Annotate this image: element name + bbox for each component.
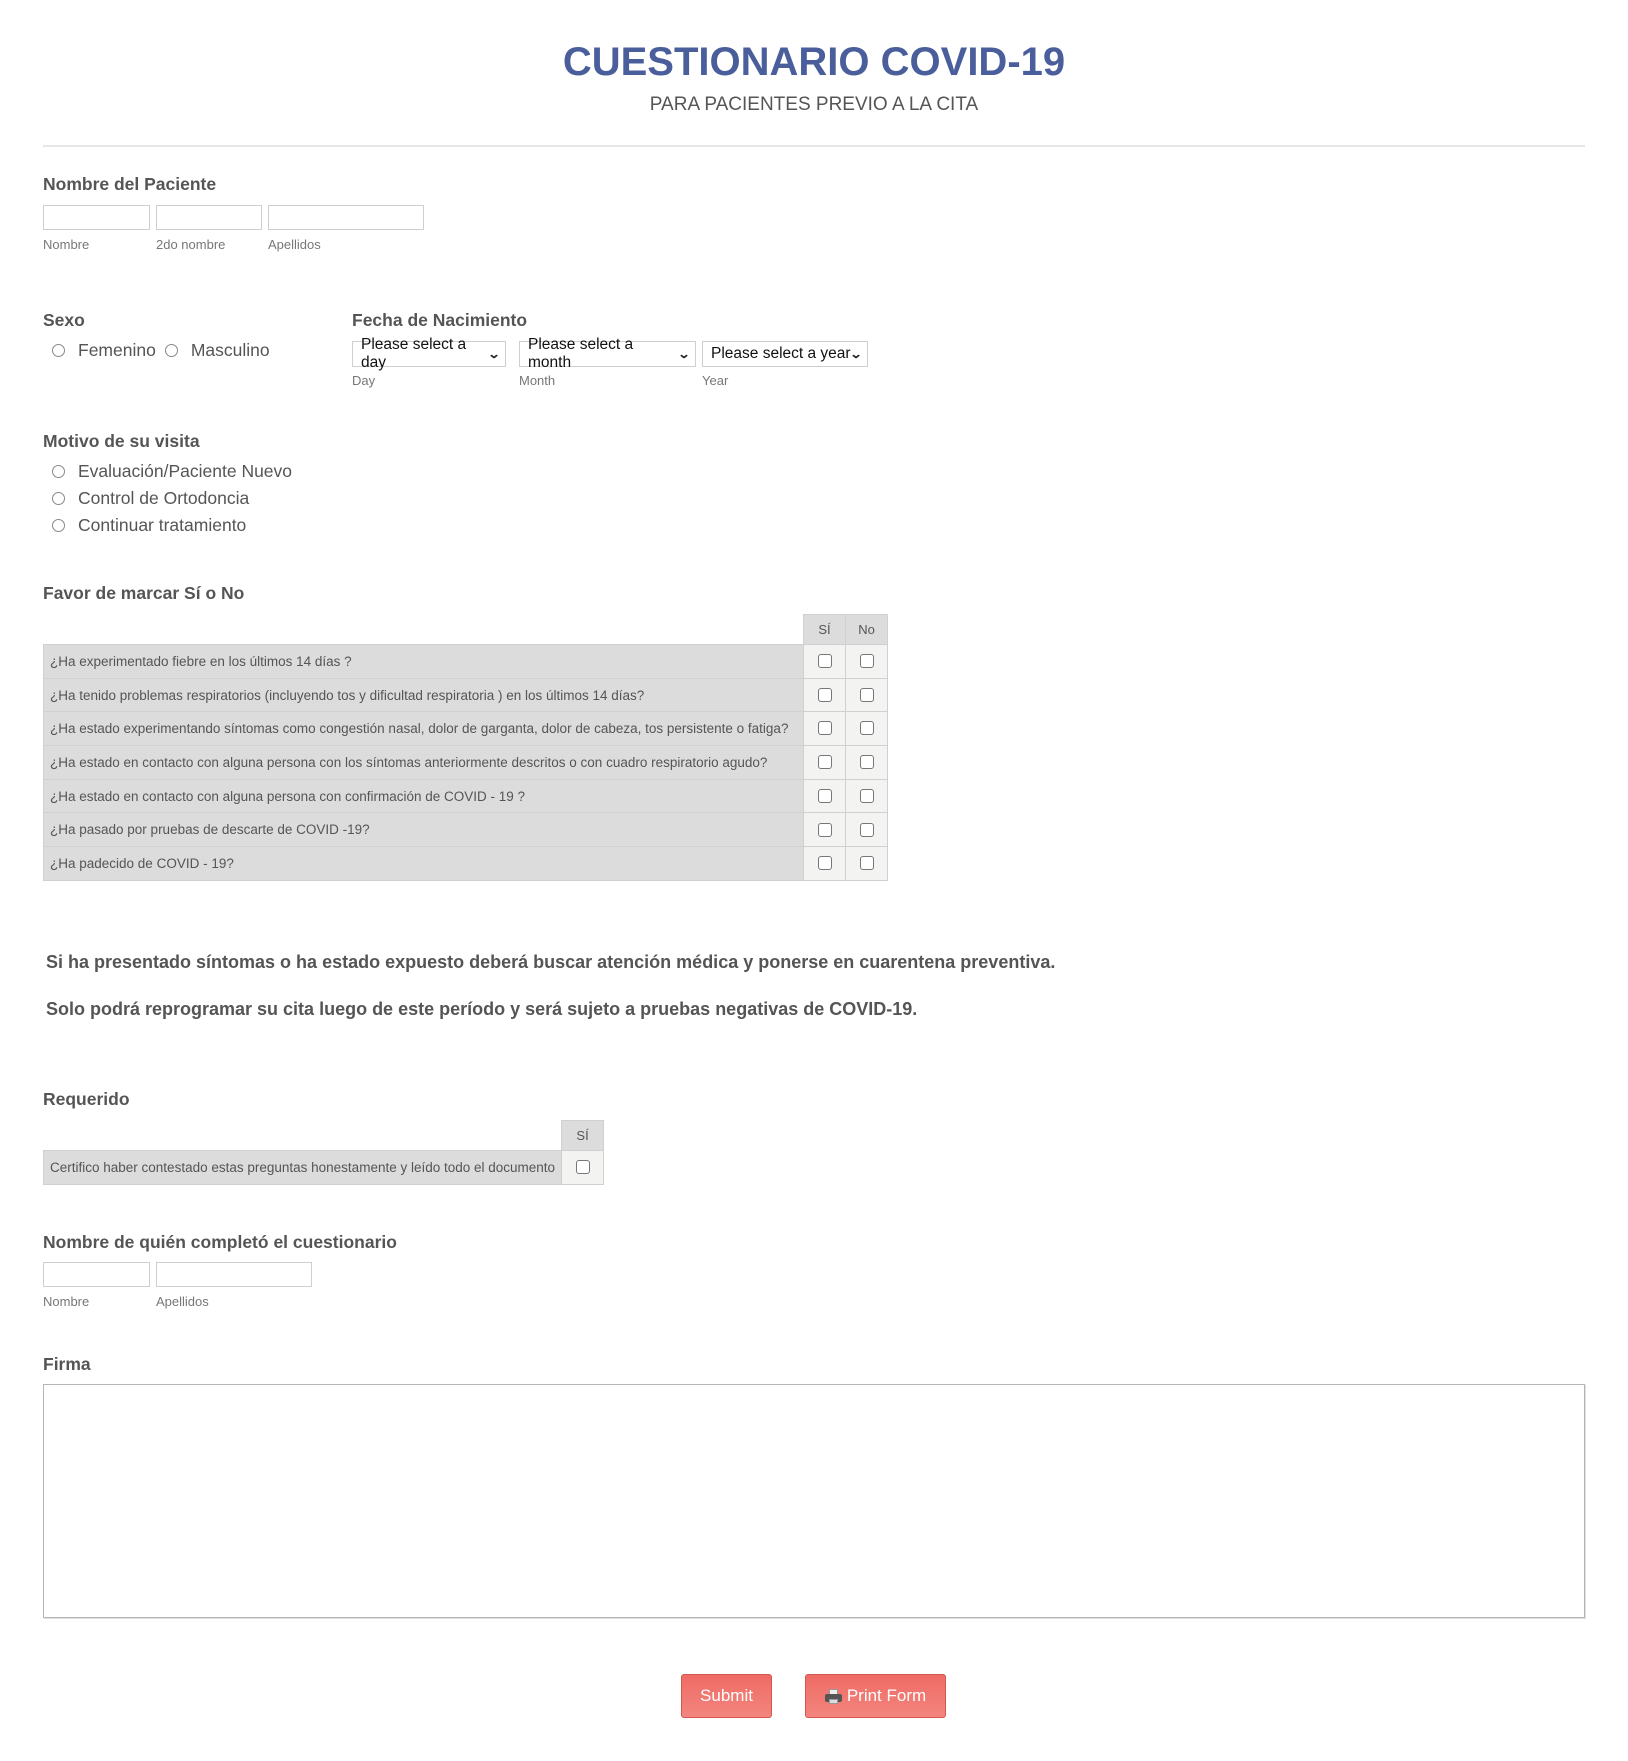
matrix-row: ¿Ha padecido de COVID - 19? (44, 847, 888, 881)
birth-day-sublabel: Day (352, 373, 375, 388)
patient-last-name-sublabel: Apellidos (268, 237, 321, 252)
matrix-cell-no[interactable] (846, 813, 888, 847)
visit-option-evaluacion[interactable]: Evaluación/Paciente Nuevo (52, 461, 292, 482)
printer-icon (825, 1689, 842, 1704)
birth-day-select[interactable]: Please select a day ⌄ (352, 341, 506, 367)
birth-month-select[interactable]: Please select a month ⌄ (519, 341, 696, 367)
checkbox-no[interactable] (860, 755, 874, 769)
completed-by-last-name-sublabel: Apellidos (156, 1294, 209, 1309)
submit-button-label: Submit (700, 1686, 753, 1706)
matrix-cell-si[interactable] (804, 645, 846, 679)
checkbox-si[interactable] (818, 688, 832, 702)
checkbox-no[interactable] (860, 823, 874, 837)
matrix-question: ¿Ha tenido problemas respiratorios (incl… (44, 678, 804, 712)
matrix-cell-no[interactable] (846, 678, 888, 712)
notice-line-2: Solo podrá reprogramar su cita luego de … (46, 999, 917, 1020)
matrix-question: ¿Ha padecido de COVID - 19? (44, 847, 804, 881)
birth-day-value: Please select a day (361, 336, 489, 372)
patient-middle-name-sublabel: 2do nombre (156, 237, 225, 252)
matrix-cell-si[interactable] (804, 746, 846, 780)
matrix-cell-si[interactable] (804, 712, 846, 746)
chevron-down-icon: ⌄ (487, 347, 500, 361)
patient-first-name-input[interactable] (43, 205, 150, 230)
matrix-row: ¿Ha estado en contacto con alguna person… (44, 779, 888, 813)
matrix-cell-no[interactable] (846, 712, 888, 746)
radio-icon[interactable] (52, 465, 65, 478)
checkbox-si[interactable] (818, 654, 832, 668)
matrix-cell-no[interactable] (846, 779, 888, 813)
matrix-cell-no[interactable] (846, 645, 888, 679)
visit-option-label[interactable]: Continuar tratamiento (78, 515, 246, 536)
radio-femenino-label[interactable]: Femenino (78, 340, 156, 361)
birth-year-value: Please select a year (711, 345, 851, 363)
birth-date-label: Fecha de Nacimiento (352, 310, 527, 331)
header-divider (43, 145, 1585, 147)
matrix-cell-no[interactable] (846, 746, 888, 780)
matrix-row: ¿Ha estado experimentando síntomas como … (44, 712, 888, 746)
matrix-question: ¿Ha experimentado fiebre en los últimos … (44, 645, 804, 679)
form-title: CUESTIONARIO COVID-19 (0, 40, 1628, 85)
matrix-question: ¿Ha estado en contacto con alguna person… (44, 779, 804, 813)
checkbox-si[interactable] (818, 789, 832, 803)
patient-first-name-sublabel: Nombre (43, 237, 89, 252)
matrix-question: ¿Ha pasado por pruebas de descarte de CO… (44, 813, 804, 847)
completed-by-first-name-input[interactable] (43, 1262, 150, 1287)
matrix-row: ¿Ha tenido problemas respiratorios (incl… (44, 678, 888, 712)
matrix-row: ¿Ha experimentado fiebre en los últimos … (44, 645, 888, 679)
checkbox-si[interactable] (818, 856, 832, 870)
checkbox-no[interactable] (860, 856, 874, 870)
form-subtitle: PARA PACIENTES PREVIO A LA CITA (0, 94, 1628, 116)
sex-options: Femenino Masculino (52, 340, 270, 361)
chevron-down-icon: ⌄ (677, 347, 690, 361)
checkbox-si[interactable] (818, 755, 832, 769)
visit-option-label[interactable]: Evaluación/Paciente Nuevo (78, 461, 292, 482)
print-form-button-label: Print Form (847, 1686, 926, 1706)
radio-masculino-label[interactable]: Masculino (191, 340, 270, 361)
radio-icon[interactable] (52, 492, 65, 505)
print-form-button[interactable]: Print Form (805, 1674, 946, 1718)
required-matrix: SÍ Certifico haber contestado estas preg… (43, 1120, 604, 1185)
completed-by-label: Nombre de quién completó el cuestionario (43, 1232, 397, 1253)
matrix-cell-no[interactable] (846, 847, 888, 881)
visit-option-label[interactable]: Control de Ortodoncia (78, 488, 249, 509)
patient-name-label: Nombre del Paciente (43, 174, 216, 195)
checkbox-no[interactable] (860, 688, 874, 702)
sex-label: Sexo (43, 310, 85, 331)
completed-by-first-name-sublabel: Nombre (43, 1294, 89, 1309)
checkbox-si[interactable] (818, 823, 832, 837)
chevron-down-icon: ⌄ (849, 347, 862, 361)
required-header-blank (44, 1121, 562, 1151)
birth-month-value: Please select a month (528, 336, 679, 372)
matrix-col-no: No (846, 615, 888, 645)
signature-label: Firma (43, 1354, 91, 1375)
checkbox-no[interactable] (860, 721, 874, 735)
symptoms-matrix-label: Favor de marcar Sí o No (43, 583, 244, 604)
required-row: Certifico haber contestado estas pregunt… (44, 1151, 604, 1185)
completed-by-last-name-input[interactable] (156, 1262, 312, 1287)
radio-icon[interactable] (52, 519, 65, 532)
symptoms-matrix: SÍ No ¿Ha experimentado fiebre en los úl… (43, 614, 888, 881)
matrix-cell-si[interactable] (804, 847, 846, 881)
visit-option-continuar[interactable]: Continuar tratamiento (52, 515, 246, 536)
required-checkbox[interactable] (576, 1160, 590, 1174)
birth-year-select[interactable]: Please select a year ⌄ (702, 341, 868, 367)
notice-line-1: Si ha presentado síntomas o ha estado ex… (46, 952, 1055, 973)
birth-month-sublabel: Month (519, 373, 555, 388)
submit-button[interactable]: Submit (681, 1674, 772, 1718)
required-header-row: SÍ (44, 1121, 604, 1151)
matrix-header-blank (44, 615, 804, 645)
birth-year-sublabel: Year (702, 373, 728, 388)
matrix-row: ¿Ha pasado por pruebas de descarte de CO… (44, 813, 888, 847)
radio-femenino[interactable] (52, 344, 65, 357)
visit-reason-label: Motivo de su visita (43, 431, 200, 452)
checkbox-no[interactable] (860, 654, 874, 668)
required-statement: Certifico haber contestado estas pregunt… (44, 1151, 562, 1185)
patient-last-name-input[interactable] (268, 205, 424, 230)
signature-pad[interactable] (43, 1384, 1585, 1618)
matrix-cell-si[interactable] (804, 813, 846, 847)
required-label: Requerido (43, 1089, 130, 1110)
visit-option-control[interactable]: Control de Ortodoncia (52, 488, 249, 509)
matrix-row: ¿Ha estado en contacto con alguna person… (44, 746, 888, 780)
radio-masculino[interactable] (165, 344, 178, 357)
matrix-question: ¿Ha estado experimentando síntomas como … (44, 712, 804, 746)
matrix-header-row: SÍ No (44, 615, 888, 645)
checkbox-no[interactable] (860, 789, 874, 803)
required-col-si: SÍ (562, 1121, 604, 1151)
patient-middle-name-input[interactable] (156, 205, 262, 230)
matrix-col-si: SÍ (804, 615, 846, 645)
required-checkbox-cell[interactable] (562, 1151, 604, 1185)
checkbox-si[interactable] (818, 721, 832, 735)
matrix-cell-si[interactable] (804, 779, 846, 813)
matrix-question: ¿Ha estado en contacto con alguna person… (44, 746, 804, 780)
matrix-cell-si[interactable] (804, 678, 846, 712)
